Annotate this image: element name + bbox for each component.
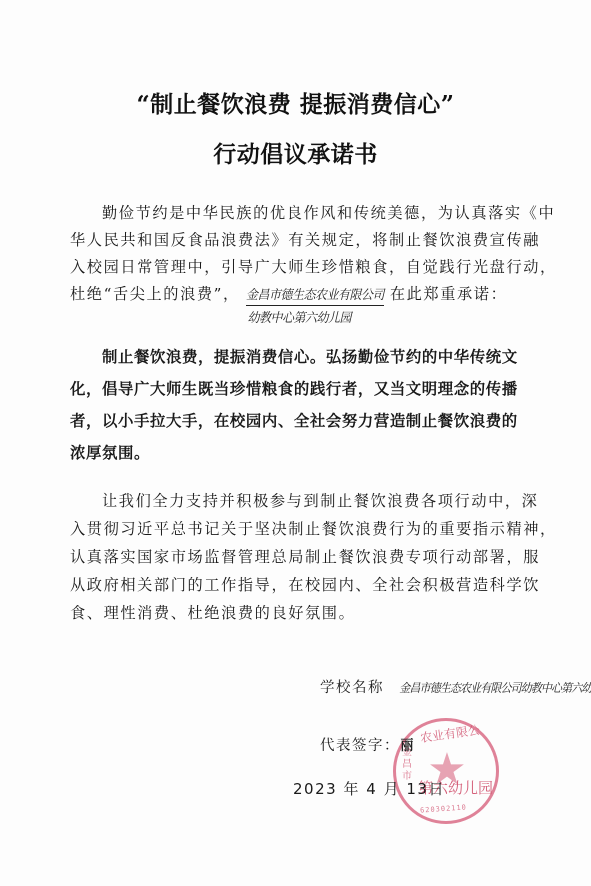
representative-signature-field: 代表签字：丽 <box>320 734 414 755</box>
paragraph-line: 者，以小手拉大手，在校园内、全社会努力营造制止餐饮浪费的 <box>70 405 526 437</box>
paragraph-pledge: 制止餐饮浪费，提振消费信心。弘扬勤俭节约的中华传统文 化，倡导广大师生既当珍惜粮… <box>70 341 526 469</box>
paragraph-intro: 勤俭节约是中华民族的优良作风和传统美德，为认真落实《中 华人民共和国反食品浪费法… <box>70 200 526 308</box>
document-title: “制止餐饮浪费 提振消费信心” <box>0 86 591 119</box>
representative-label: 代表签字： <box>320 738 400 754</box>
handwritten-organization: 金昌市德生态农业有限公司 <box>246 287 384 306</box>
commitment-suffix: 在此郑重承诺： <box>390 285 508 303</box>
signing-date: 2023 年 4 月 13日 <box>293 778 445 799</box>
paragraph-line: 认真落实国家市场监督管理总局制止餐饮浪费专项行动部署，服 <box>70 543 526 571</box>
paragraph-line: 入校园日常管理中，引导广大师生珍惜粮食，自觉践行光盘行动， <box>70 254 526 281</box>
representative-signature: 丽 <box>401 735 413 755</box>
date-month: 4 <box>366 780 377 798</box>
seal-top-text: 农业有限公 <box>419 721 481 746</box>
date-day: 13 <box>406 780 428 798</box>
school-name-field: 学校名称 金昌市德生态农业有限公司幼教中心第六幼儿园 <box>320 676 591 697</box>
seal-code: 620302110 <box>420 803 467 814</box>
paragraph-line: 勤俭节约是中华民族的优良作风和传统美德，为认真落实《中 <box>70 200 526 227</box>
paragraph-line: 制止餐饮浪费，提振消费信心。弘扬勤俭节约的中华传统文 <box>70 341 526 373</box>
document-page: “制止餐饮浪费 提振消费信心” 行动倡议承诺书 勤俭节约是中华民族的优良作风和传… <box>0 0 591 886</box>
date-day-unit: 日 <box>428 780 445 798</box>
date-year: 2023 <box>293 780 337 798</box>
date-year-unit: 年 <box>343 780 360 798</box>
handwritten-school-name: 幼教中心第六幼儿园 <box>248 307 352 326</box>
paragraph-line: 入贯彻习近平总书记关于坚决制止餐饮浪费行为的重要指示精神， <box>70 515 526 543</box>
paragraph-line-commitment: 杜绝“舌尖上的浪费”，金昌市德生态农业有限公司在此郑重承诺： <box>70 281 526 308</box>
document-subtitle: 行动倡议承诺书 <box>0 136 591 169</box>
commitment-prefix: 杜绝“舌尖上的浪费”， <box>70 285 240 303</box>
school-name-label: 学校名称 <box>320 680 384 696</box>
paragraph-line: 食、理性消费、杜绝浪费的良好氛围。 <box>70 599 526 627</box>
school-name-handwritten: 金昌市德生态农业有限公司幼教中心第六幼儿园 <box>399 679 591 696</box>
paragraph-line: 让我们全力支持并积极参与到制止餐饮浪费各项行动中，深 <box>70 487 526 515</box>
paragraph-line: 从政府相关部门的工作指导，在校园内、全社会积极营造科学饮 <box>70 571 526 599</box>
paragraph-call-to-action: 让我们全力支持并积极参与到制止餐饮浪费各项行动中，深 入贯彻习近平总书记关于坚决… <box>70 487 526 627</box>
paragraph-line: 华人民共和国反食品浪费法》有关规定，将制止餐饮浪费宣传融 <box>70 227 526 254</box>
date-month-unit: 月 <box>384 780 401 798</box>
paragraph-line: 化，倡导广大师生既当珍惜粮食的践行者，又当文明理念的传播 <box>70 373 526 405</box>
paragraph-line: 浓厚氛围。 <box>70 437 526 469</box>
